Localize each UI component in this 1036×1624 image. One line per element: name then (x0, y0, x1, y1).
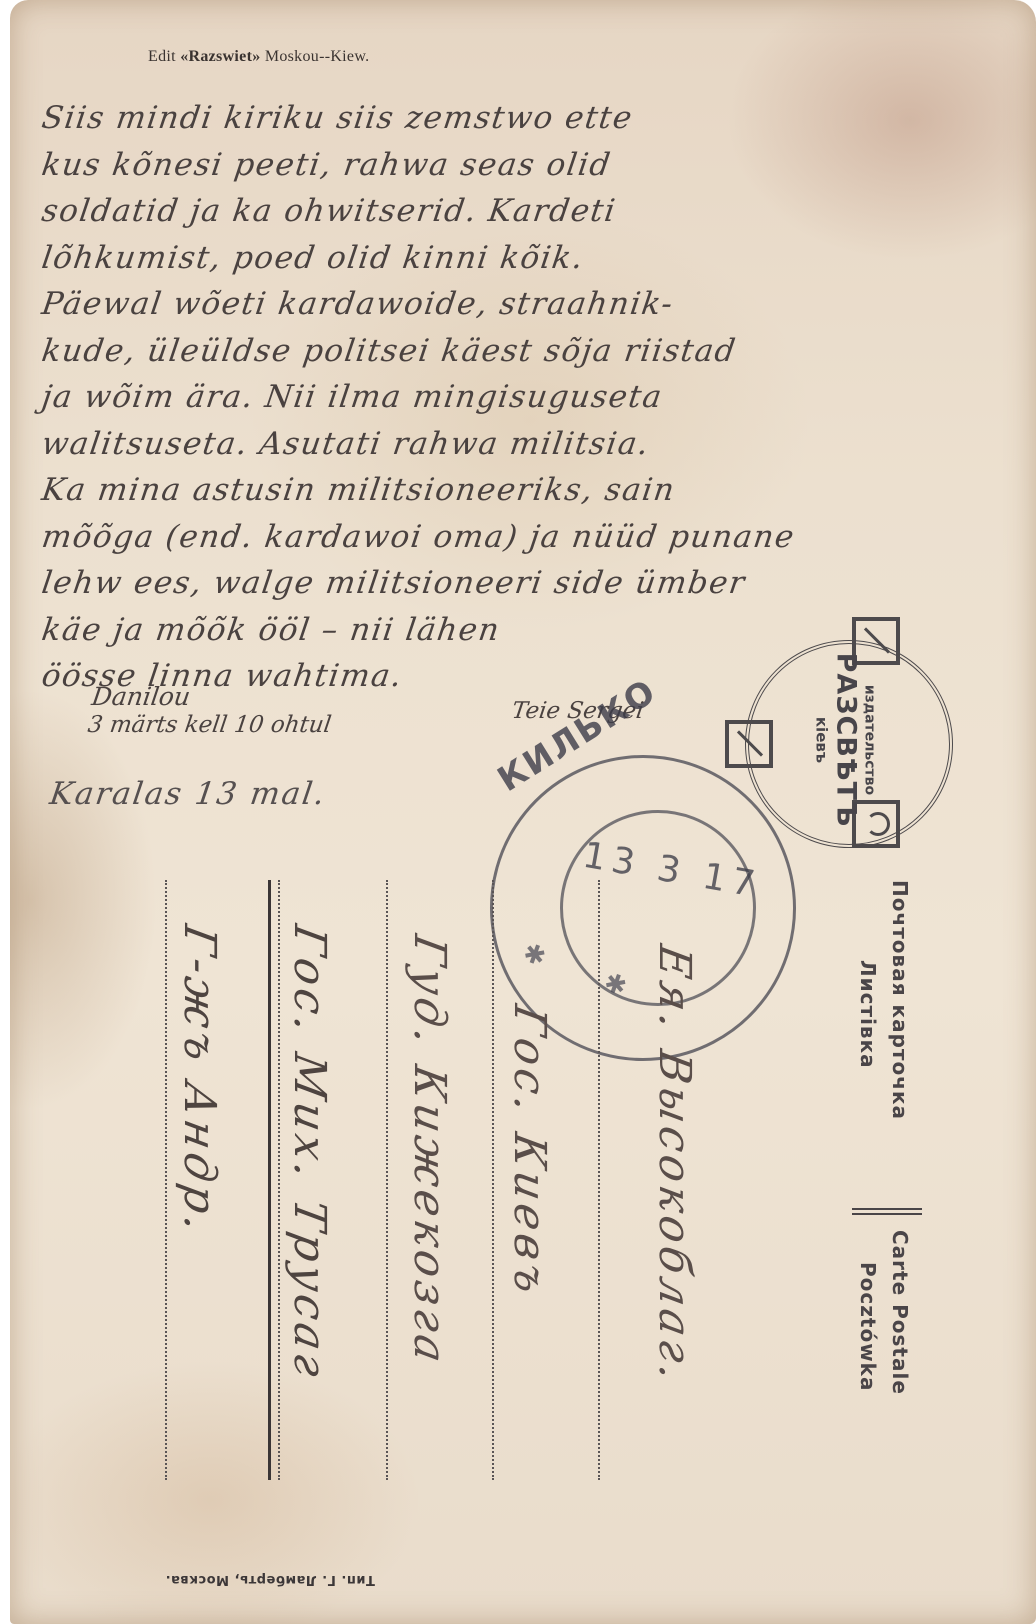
card-label-polish: Pocztówka (856, 1262, 880, 1391)
address-line: Ея. Высокоблаг. (649, 941, 700, 1389)
message-line: mõõga (end. kardawoi oma) ja nüüd punane (39, 514, 1006, 561)
address-dotted-line (492, 880, 494, 1480)
printer-imprint: Тип. Г. Ламберть, Москва. (120, 1572, 420, 1587)
stamp-corner-icon (725, 720, 773, 768)
message-line: lehw ees, walge militsioneeri side ümber (39, 560, 1006, 607)
message-line: Ka mina astusin militsioneeriks, sain (39, 467, 1006, 514)
message-line: walitsuseta. Asutati rahwa militsia. (39, 421, 1006, 468)
address-dotted-line (598, 880, 600, 1480)
message-line: soldatid ja ka ohwitserid. Kardeti (39, 188, 1006, 235)
card-label-ukrainian: Листiвка (856, 960, 880, 1069)
stamp-line-2: РАЗСВѢТЪ (831, 653, 862, 828)
label-divider (852, 1208, 922, 1215)
signature-place: Danilou (90, 682, 192, 711)
address-line: Гос. Киевъ (504, 1001, 555, 1302)
printed-publisher-header: Edit «Razswiet» Moskou--Kiew. (148, 48, 369, 66)
stamp-line-1: издательство (862, 653, 878, 828)
publisher-stamp-text: издательство РАЗСВѢТЪ кiевъ (813, 653, 878, 828)
message-line: kude, üleüldse politsei käest sõja riist… (39, 328, 1006, 375)
card-label-russian: Почтовая карточка (888, 880, 912, 1120)
message-line: ja wõim ära. Nii ilma mingisuguseta (39, 374, 1006, 421)
address-dotted-line (165, 880, 167, 1480)
handwritten-message: Siis mindi kiriku siis zemstwo ette kus … (42, 95, 1002, 700)
address-line: Гос. Мих. Трусаг (284, 921, 335, 1385)
header-publisher: «Razswiet» (180, 48, 260, 65)
message-line: Siis mindi kiriku siis zemstwo ette (39, 95, 1006, 142)
address-line: Г-жъ Андр. (174, 921, 225, 1240)
message-line: Päewal wõeti kardawoide, straahnik- (39, 281, 1006, 328)
address-dotted-line (278, 880, 280, 1480)
card-label-french: Carte Postale (888, 1230, 912, 1395)
received-note: Karalas 13 mal. (47, 776, 328, 812)
address-dotted-line (386, 880, 388, 1480)
stamp-line-3: кiевъ (813, 653, 831, 828)
header-prefix: Edit (148, 48, 176, 65)
message-line: lõhkumist, poed olid kinni kõik. (39, 235, 1006, 282)
header-cities: Moskou--Kiew. (265, 48, 370, 65)
signature-date: 3 märts kell 10 ohtul (86, 712, 333, 738)
address-solid-line (268, 880, 271, 1480)
address-line: Гуд. Кижекозга (404, 931, 455, 1370)
message-line: kus kõnesi peeti, rahwa seas olid (39, 142, 1006, 189)
